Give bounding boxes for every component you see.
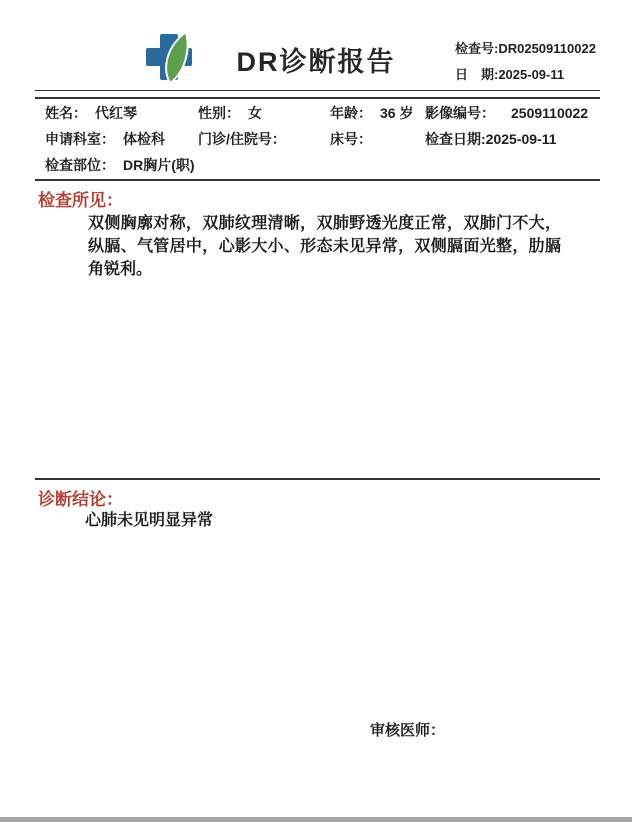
field-exam-date-value: 2025-09-11 <box>486 131 557 147</box>
field-age-value: 36 岁 <box>380 105 413 121</box>
conclusion-body: 心肺未见明显异常 <box>85 507 213 530</box>
field-exam-part: 检查部位：DR胸片(职) <box>45 152 330 178</box>
field-exam-date-label: 检查日期: <box>425 131 486 147</box>
field-image-number: 影像编号：2509110022 <box>425 100 600 126</box>
reviewer-label: 审核医师： <box>370 719 445 740</box>
field-image-number-label: 影像编号： <box>425 105 495 121</box>
conclusion-divider <box>35 478 600 480</box>
field-exam-part-label: 检查部位： <box>45 157 115 173</box>
patient-info: 姓名：代红琴 性别：女 年龄：36 岁 影像编号：2509110022 申请科室… <box>45 100 600 178</box>
field-sex-value: 女 <box>248 105 262 121</box>
field-department-label: 申请科室： <box>45 131 115 147</box>
field-department-value: 体检科 <box>123 131 165 147</box>
field-bed-number: 床号： <box>330 126 425 152</box>
field-outpatient-number-label: 门诊/住院号： <box>198 131 286 147</box>
field-sex-label: 性别： <box>198 105 240 121</box>
exam-meta: 检查号:DR02509110022 日 期:2025-09-11 <box>455 36 596 88</box>
field-exam-part-value: DR胸片(职) <box>123 157 195 173</box>
field-sex: 性别：女 <box>198 100 330 126</box>
header-divider-top <box>35 90 600 91</box>
field-outpatient-number: 门诊/住院号： <box>198 126 330 152</box>
field-department: 申请科室：体检科 <box>45 126 198 152</box>
scan-bottom-edge <box>0 817 632 822</box>
field-exam-date: 检查日期:2025-09-11 <box>425 126 600 152</box>
field-name-label: 姓名： <box>45 105 87 121</box>
exam-date: 日 期:2025-09-11 <box>455 62 596 88</box>
exam-number: 检查号:DR02509110022 <box>455 36 596 62</box>
findings-divider <box>35 179 600 181</box>
findings-body: 双侧胸廓对称，双肺纹理清晰，双肺野透光度正常，双肺门不大，纵膈、气管居中，心影大… <box>88 212 561 281</box>
findings-heading: 检查所见： <box>38 186 123 211</box>
field-image-number-value: 2509110022 <box>511 105 588 121</box>
header-divider-bottom <box>35 97 600 99</box>
field-name-value: 代红琴 <box>95 105 137 121</box>
field-age: 年龄：36 岁 <box>330 100 425 126</box>
field-bed-number-label: 床号： <box>330 131 372 147</box>
field-age-label: 年龄： <box>330 105 372 121</box>
dr-report-page: DR诊断报告 检查号:DR02509110022 日 期:2025-09-11 … <box>0 0 632 822</box>
field-name: 姓名：代红琴 <box>45 100 198 126</box>
